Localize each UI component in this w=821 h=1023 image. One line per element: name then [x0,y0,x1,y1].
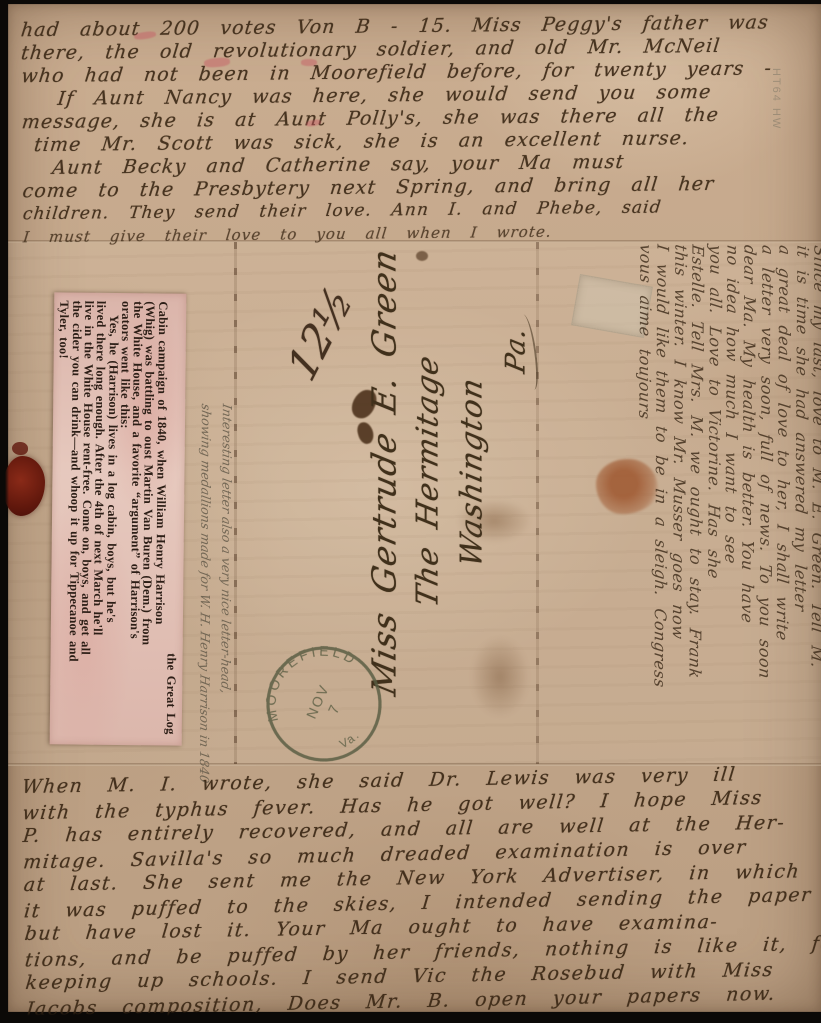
top-handwriting: had about 200 votes Von B - 15. Miss Peg… [21,11,821,249]
address-line: Miss Gertrude E. Green [363,250,407,699]
address-block: Miss Gertrude E. GreenThe HermitageWashi… [363,255,538,695]
letter-sheet: had about 200 votes Von B - 15. Miss Peg… [8,4,821,1012]
scanned-letter: had about 200 votes Von B - 15. Miss Peg… [0,0,821,1023]
scan-edge-bottom [0,1011,821,1023]
scan-edge-left [0,0,9,1023]
red-pencil-mark [301,59,317,66]
address-line: Pa. [495,250,539,377]
pencil-note-line: showing medallions made for W. H. Henry … [194,402,217,745]
bottom-handwriting: When M. I. wrote, she said Dr. Lewis was… [22,761,821,1020]
cross-writing-line: vous aime toujours [634,243,654,665]
news-clipping: the Great LogCabin campaign of 1840, whe… [50,292,187,745]
wax-seal-fragment [12,442,28,455]
cross-writing: Since my last, love to M. E. Green. Tell… [634,244,821,665]
news-clipping-wrap: the Great LogCabin campaign of 1840, whe… [50,292,187,745]
collector-pencil-code: HT64 HW [762,68,782,160]
address-line: Washington [451,250,495,571]
address-line: The Hermitage [407,250,451,611]
scan-edge-top [0,0,821,5]
postmark-day: 7 [325,701,344,716]
